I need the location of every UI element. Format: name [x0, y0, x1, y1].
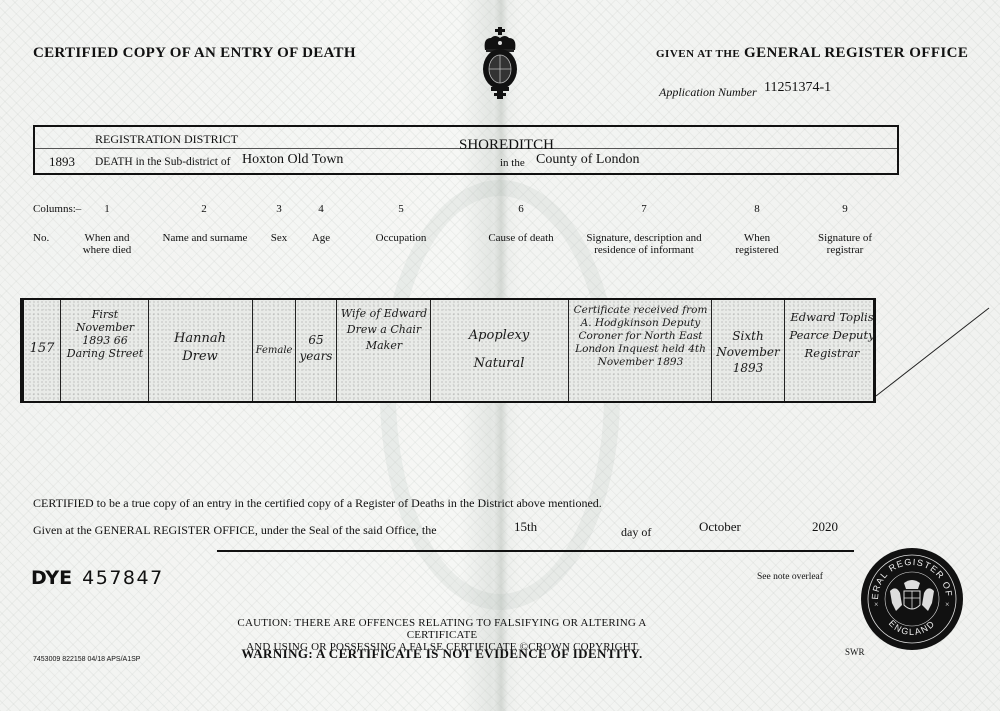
column-number-2: 2 — [189, 203, 219, 215]
column-number-5: 5 — [386, 203, 416, 215]
application-number-label: Application Number — [659, 85, 757, 100]
certificate-title: CERTIFIED COPY OF AN ENTRY OF DEATH — [33, 45, 356, 62]
svg-text:×: × — [945, 600, 950, 609]
column-number-1: 1 — [92, 203, 122, 215]
issuing-office-name: GENERAL REGISTER OFFICE — [744, 45, 968, 61]
column-head-sex: Sex — [264, 232, 294, 244]
issue-month: October — [699, 519, 741, 535]
county: County of London — [536, 152, 639, 168]
column-number-3: 3 — [264, 203, 294, 215]
death-entry-table: 157 First November 1893 66 Daring Street… — [20, 298, 876, 403]
columns-label: Columns:– — [33, 203, 81, 215]
column-head-informant: Signature, description and residence of … — [584, 232, 704, 256]
signature-rule — [217, 550, 854, 552]
serial-prefix: DYE — [31, 567, 72, 589]
column-head-registrar: Signature of registrar — [808, 232, 882, 256]
issue-year: 2020 — [812, 519, 838, 535]
column-number-7: 7 — [629, 203, 659, 215]
column-head-when-where: When and where died — [78, 232, 136, 256]
column-head-occupation: Occupation — [360, 232, 442, 244]
entry-age: 65 years — [298, 332, 334, 364]
entry-occupation: Wife of Edward Drew a Chair Maker — [340, 306, 428, 354]
entry-sex: Female — [253, 344, 295, 357]
entry-name: Hannah Drew — [164, 330, 236, 366]
entry-number: 157 — [26, 342, 58, 355]
entry-cause-of-death: Apoplexy Natural — [444, 322, 554, 378]
application-number: 11251374-1 — [764, 80, 831, 96]
column-divider — [784, 300, 785, 401]
entry-informant: Certificate received from A. Hodgkinson … — [572, 304, 709, 369]
issuing-office-prefix: GIVEN AT THE — [656, 48, 740, 60]
print-code: 7453009 822158 04/18 APS/A1SP — [33, 656, 140, 663]
caution-line-1: CAUTION: THERE ARE OFFENCES RELATING TO … — [206, 617, 678, 641]
swr-code: SWR — [845, 647, 865, 657]
registration-district-label: REGISTRATION DISTRICT — [95, 132, 238, 147]
column-head-cause: Cause of death — [476, 232, 566, 244]
column-number-9: 9 — [830, 203, 860, 215]
see-note-overleaf: See note overleaf — [757, 572, 823, 582]
registration-year: 1893 — [49, 154, 75, 170]
issue-day: 15th — [514, 519, 537, 535]
column-number-4: 4 — [306, 203, 336, 215]
issuing-office: GIVEN AT THE GENERAL REGISTER OFFICE — [656, 45, 968, 62]
column-divider — [60, 300, 61, 401]
cancellation-line — [876, 300, 991, 400]
royal-crest-icon — [479, 26, 521, 101]
county-label: in the — [500, 157, 525, 169]
given-at-statement: Given at the GENERAL REGISTER OFFICE, un… — [33, 523, 437, 538]
column-divider — [148, 300, 149, 401]
column-head-age: Age — [306, 232, 336, 244]
entry-when-registered: Sixth November 1893 — [714, 328, 782, 376]
sub-district: Hoxton Old Town — [242, 152, 343, 168]
column-head-no: No. — [33, 232, 49, 244]
district-box: REGISTRATION DISTRICT SHOREDITCH 1893 DE… — [33, 125, 899, 175]
entry-registrar-signature: Edward Toplis Pearce Deputy Registrar — [788, 308, 876, 362]
column-divider — [430, 300, 431, 401]
identity-warning: WARNING: A CERTIFICATE IS NOT EVIDENCE O… — [200, 646, 684, 662]
certification-statement: CERTIFIED to be a true copy of an entry … — [33, 496, 602, 511]
column-number-6: 6 — [506, 203, 536, 215]
column-divider — [568, 300, 569, 401]
general-register-office-seal-icon: GENERAL REGISTER OFFICE ENGLAND × × — [860, 547, 964, 651]
column-divider — [711, 300, 712, 401]
column-divider — [336, 300, 337, 401]
serial-digits: 457847 — [82, 567, 164, 589]
sub-district-label: DEATH in the Sub-district of — [95, 156, 230, 168]
svg-text:×: × — [874, 600, 879, 609]
column-head-name: Name and surname — [150, 232, 260, 244]
column-divider — [295, 300, 296, 401]
column-number-8: 8 — [742, 203, 772, 215]
entry-when-where-died: First November 1893 66 Daring Street — [62, 308, 148, 360]
serial-number: DYE457847 — [31, 567, 164, 589]
column-head-when-registered: When registered — [732, 232, 782, 256]
day-of-label: day of — [621, 525, 651, 540]
